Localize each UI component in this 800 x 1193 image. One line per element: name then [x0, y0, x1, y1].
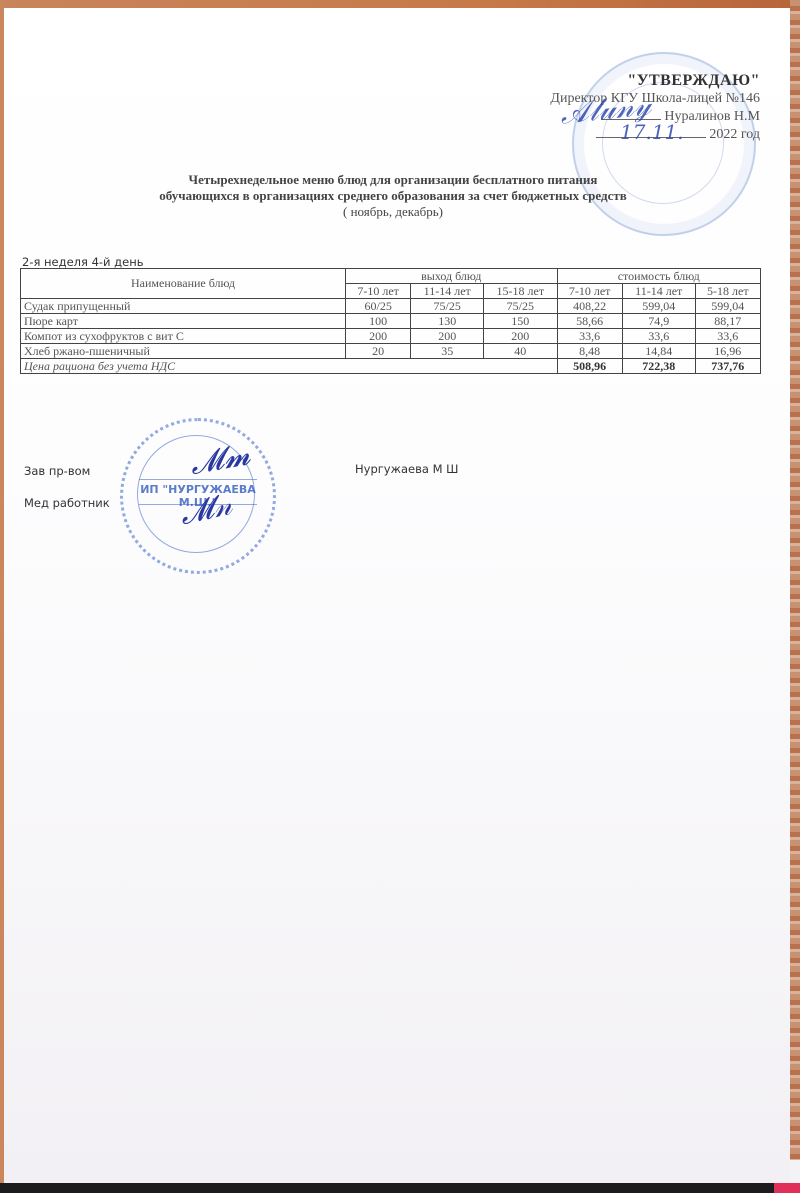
dish-cost: 408,22 — [557, 299, 622, 314]
photo-edge-corner — [774, 1183, 800, 1193]
header-output-group: выход блюд — [346, 269, 558, 284]
head-of-production-name: Нургужаева М Ш — [355, 462, 458, 476]
dish-cost: 599,04 — [622, 299, 695, 314]
dish-cost: 58,66 — [557, 314, 622, 329]
title-period: ( ноябрь, декабрь) — [0, 204, 786, 220]
header-cost-age: 11-14 лет — [622, 284, 695, 299]
dish-cost: 599,04 — [695, 299, 760, 314]
header-output-age: 7-10 лет — [346, 284, 411, 299]
header-cost-age: 7-10 лет — [557, 284, 622, 299]
header-dish-name: Наименование блюд — [21, 269, 346, 299]
photo-edge-bottom — [0, 1183, 800, 1193]
dish-cost: 33,6 — [695, 329, 760, 344]
dish-cost: 8,48 — [557, 344, 622, 359]
title-line-2: обучающихся в организациях среднего обра… — [0, 188, 786, 204]
photo-edge-top — [0, 0, 800, 8]
dish-cost: 88,17 — [695, 314, 760, 329]
dish-name: Судак припущенный — [21, 299, 346, 314]
dish-output: 200 — [411, 329, 484, 344]
photo-edge-right — [790, 0, 800, 1160]
dish-cost: 14,84 — [622, 344, 695, 359]
dish-name: Хлеб ржано-пшеничный — [21, 344, 346, 359]
dish-output: 100 — [346, 314, 411, 329]
dish-name: Компот из сухофруктов с вит С — [21, 329, 346, 344]
approval-title: "УТВЕРЖДАЮ" — [550, 72, 760, 90]
dish-cost: 33,6 — [622, 329, 695, 344]
total-cost: 737,76 — [695, 359, 760, 374]
approval-date-handwritten: 17.11. — [620, 120, 684, 144]
dish-output: 20 — [346, 344, 411, 359]
total-label: Цена рациона без учета НДС — [21, 359, 558, 374]
dish-output: 60/25 — [346, 299, 411, 314]
dish-output: 75/25 — [411, 299, 484, 314]
table-row: Пюре карт 100 130 150 58,66 74,9 88,17 — [21, 314, 761, 329]
header-output-age: 15-18 лет — [484, 284, 557, 299]
head-of-production-label: Зав пр-вом — [24, 464, 90, 478]
table-row: Компот из сухофруктов с вит С 200 200 20… — [21, 329, 761, 344]
dish-cost: 74,9 — [622, 314, 695, 329]
week-day-label: 2-я неделя 4-й день — [22, 255, 144, 269]
header-cost-age: 5-18 лет — [695, 284, 760, 299]
total-cost: 508,96 — [557, 359, 622, 374]
table-row: Судак припущенный 60/25 75/25 75/25 408,… — [21, 299, 761, 314]
total-cost: 722,38 — [622, 359, 695, 374]
medical-worker-label: Мед работник — [24, 496, 110, 510]
table-total-row: Цена рациона без учета НДС 508,96 722,38… — [21, 359, 761, 374]
dish-output: 150 — [484, 314, 557, 329]
dish-name: Пюре карт — [21, 314, 346, 329]
header-cost-group: стоимость блюд — [557, 269, 761, 284]
header-output-age: 11-14 лет — [411, 284, 484, 299]
dish-output: 130 — [411, 314, 484, 329]
menu-table: Наименование блюд выход блюд стоимость б… — [20, 268, 761, 374]
dish-output: 75/25 — [484, 299, 557, 314]
table-row: Хлеб ржано-пшеничный 20 35 40 8,48 14,84… — [21, 344, 761, 359]
dish-output: 200 — [346, 329, 411, 344]
dish-cost: 33,6 — [557, 329, 622, 344]
dish-output: 40 — [484, 344, 557, 359]
title-line-1: Четырехнедельное меню блюд для организац… — [0, 172, 786, 188]
dish-output: 200 — [484, 329, 557, 344]
dish-output: 35 — [411, 344, 484, 359]
dish-cost: 16,96 — [695, 344, 760, 359]
approval-year: 2022 год — [709, 127, 760, 142]
document-title: Четырехнедельное меню блюд для организац… — [0, 172, 786, 220]
